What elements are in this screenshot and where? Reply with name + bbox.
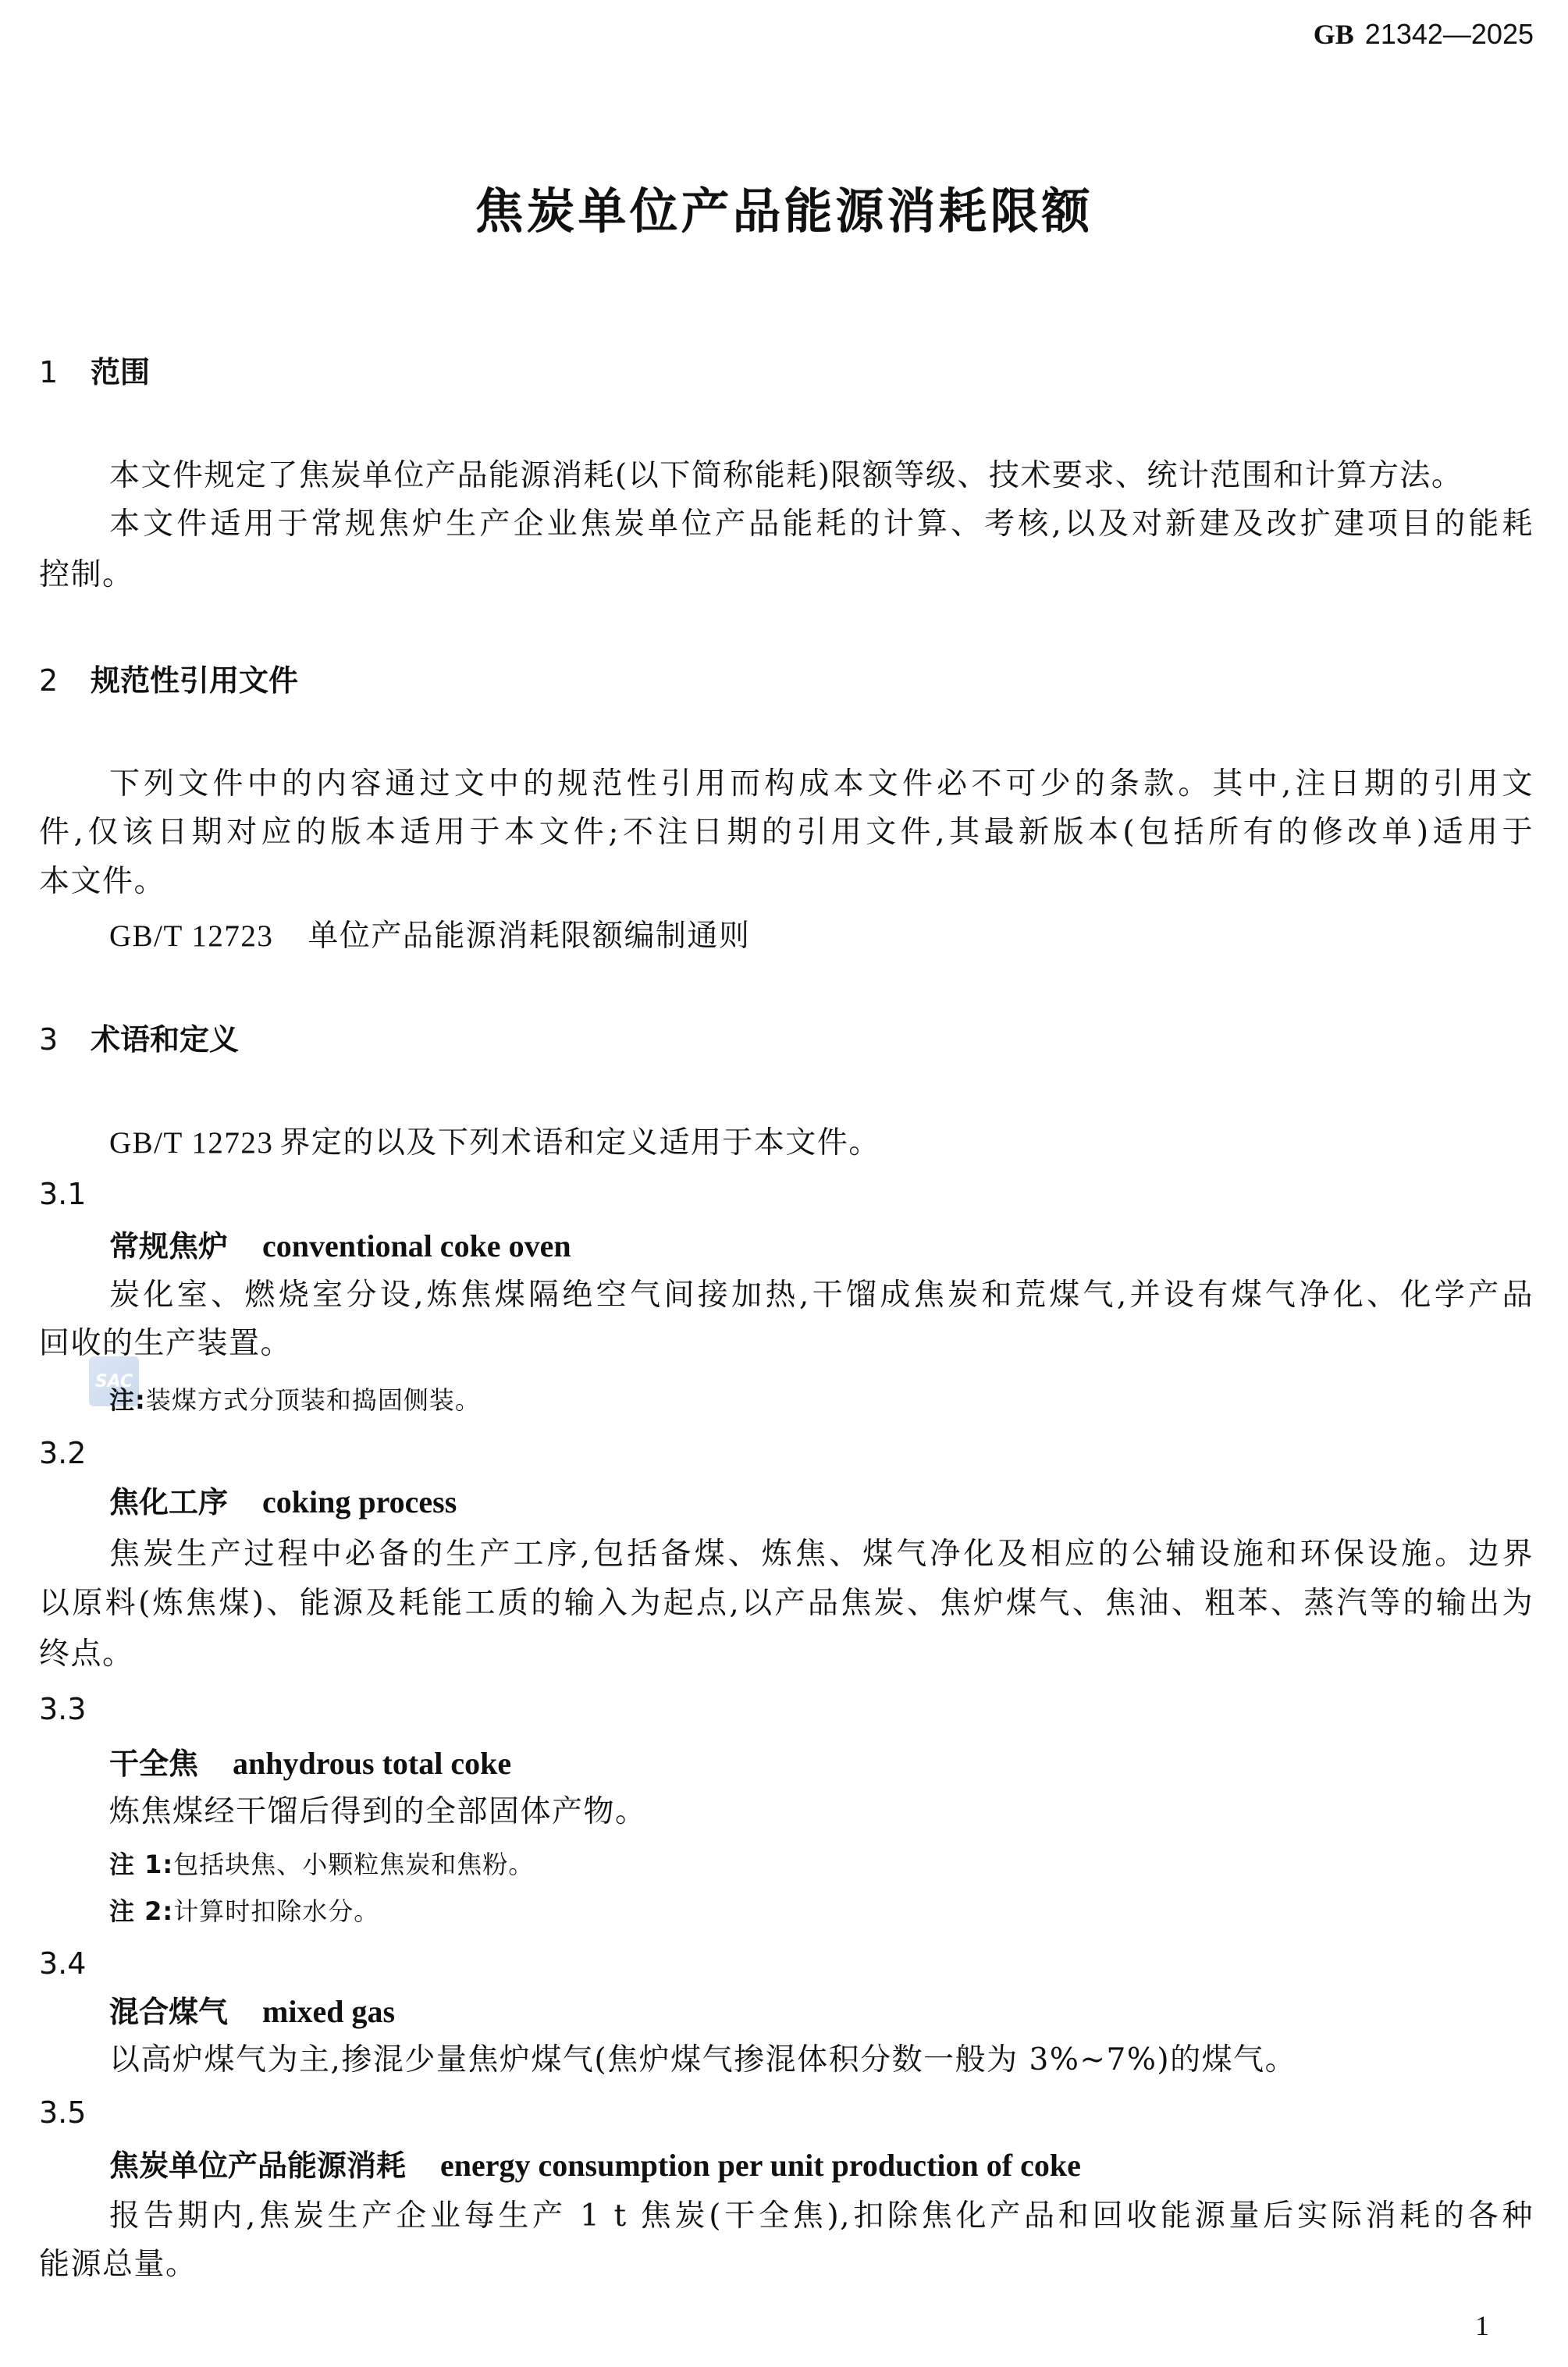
intro-text: 界定的以及下列术语和定义适用于本文件。: [279, 1125, 880, 1160]
definition-line: 能源总量。: [39, 2249, 197, 2280]
term-en: anhydrous total coke: [233, 1746, 511, 1781]
paragraph-line: 件,仅该日期对应的版本适用于本文件;不注日期的引用文件,其最新版本(包括所有的修…: [39, 817, 1534, 848]
term-zh: 干全焦: [109, 1747, 198, 1781]
section-number: 3: [39, 1025, 91, 1054]
section-title: 术语和定义: [91, 1022, 239, 1057]
term-note: 注 2:计算时扣除水分。: [109, 1899, 379, 1924]
section-title: 范围: [91, 355, 150, 389]
standard-number: GB21342—2025: [1314, 20, 1534, 48]
reference-code: GB/T 12723: [109, 1126, 273, 1160]
reference-title: 单位产品能源消耗限额编制通则: [308, 919, 750, 954]
clause-number: 3.2: [39, 1438, 86, 1468]
clause-number: 3.3: [39, 1694, 86, 1724]
note-label: 注 2:: [109, 1896, 173, 1926]
term-zh: 常规焦炉: [109, 1229, 228, 1263]
paragraph-line: 本文件规定了焦炭单位产品能源消耗(以下简称能耗)限额等级、技术要求、统计范围和计…: [109, 460, 1463, 491]
term-zh: 混合煤气: [109, 1995, 228, 2029]
paragraph-line: 本文件。: [39, 866, 165, 897]
paragraph-line: 下列文件中的内容通过文中的规范性引用而构成本文件必不可少的条款。其中,注日期的引…: [109, 769, 1534, 799]
term-en: mixed gas: [262, 1994, 395, 2029]
term-heading: 常规焦炉conventional coke oven: [109, 1231, 571, 1262]
terms-intro: GB/T 12723界定的以及下列术语和定义适用于本文件。: [109, 1128, 880, 1158]
term-en: energy consumption per unit production o…: [440, 2148, 1081, 2183]
section-heading-3: 3术语和定义: [39, 1025, 239, 1054]
definition-line: 报告期内,焦炭生产企业每生产 1 t 焦炭(干全焦),扣除焦化产品和回收能源量后…: [109, 2201, 1534, 2231]
section-number: 1: [39, 357, 91, 387]
clause-number: 3.5: [39, 2098, 86, 2127]
definition-line: 以高炉煤气为主,掺混少量焦炉煤气(焦炉煤气掺混体积分数一般为 3%~7%)的煤气…: [109, 2045, 1296, 2075]
note-label: 注 1:: [109, 1850, 173, 1879]
note-text: 包括块焦、小颗粒焦炭和焦粉。: [173, 1850, 534, 1879]
term-heading: 焦炭单位产品能源消耗energy consumption per unit pr…: [109, 2150, 1081, 2181]
normative-reference: GB/T 12723单位产品能源消耗限额编制通则: [109, 921, 750, 951]
page-number: 1: [1475, 2312, 1489, 2340]
paragraph-line: 控制。: [39, 560, 134, 590]
note-text: 装煤方式分顶装和捣固侧装。: [146, 1385, 481, 1415]
reference-code: GB/T 12723: [109, 919, 273, 953]
standard-code: 21342—2025: [1365, 18, 1534, 50]
section-heading-2: 2规范性引用文件: [39, 666, 298, 695]
section-heading-1: 1范围: [39, 357, 150, 387]
note-text: 计算时扣除水分。: [173, 1896, 379, 1926]
definition-line: 炭化室、燃烧室分设,炼焦煤隔绝空气间接加热,干馏成焦炭和荒煤气,并设有煤气净化、…: [109, 1280, 1534, 1310]
term-zh: 焦炭单位产品能源消耗: [109, 2148, 406, 2183]
definition-line: 炼焦煤经干馏后得到的全部固体产物。: [109, 1797, 647, 1827]
term-heading: 焦化工序coking process: [109, 1487, 457, 1518]
note-label: 注:: [109, 1385, 146, 1415]
definition-line: 焦炭生产过程中必备的生产工序,包括备煤、炼焦、煤气净化及相应的公辅设施和环保设施…: [109, 1539, 1534, 1569]
standard-prefix: GB: [1314, 19, 1354, 50]
term-en: conventional coke oven: [262, 1228, 571, 1263]
document-title: 焦炭单位产品能源消耗限额: [0, 187, 1568, 236]
term-note: 注:装煤方式分顶装和捣固侧装。: [109, 1388, 481, 1413]
paragraph-line: 本文件适用于常规焦炉生产企业焦炭单位产品能耗的计算、考核,以及对新建及改扩建项目…: [109, 509, 1534, 539]
definition-line: 回收的生产装置。: [39, 1328, 292, 1359]
section-number: 2: [39, 666, 91, 695]
clause-number: 3.4: [39, 1949, 86, 1978]
clause-number: 3.1: [39, 1179, 86, 1209]
term-heading: 干全焦anhydrous total coke: [109, 1748, 511, 1779]
term-en: coking process: [262, 1484, 457, 1519]
term-zh: 焦化工序: [109, 1485, 228, 1519]
term-heading: 混合煤气mixed gas: [109, 1996, 395, 2028]
section-title: 规范性引用文件: [91, 663, 298, 698]
definition-line: 以原料(炼焦煤)、能源及耗能工质的输入为起点,以产品焦炭、焦炉煤气、焦油、粗苯、…: [39, 1588, 1534, 1619]
term-note: 注 1:包括块焦、小颗粒焦炭和焦粉。: [109, 1852, 534, 1877]
definition-line: 终点。: [39, 1639, 134, 1669]
